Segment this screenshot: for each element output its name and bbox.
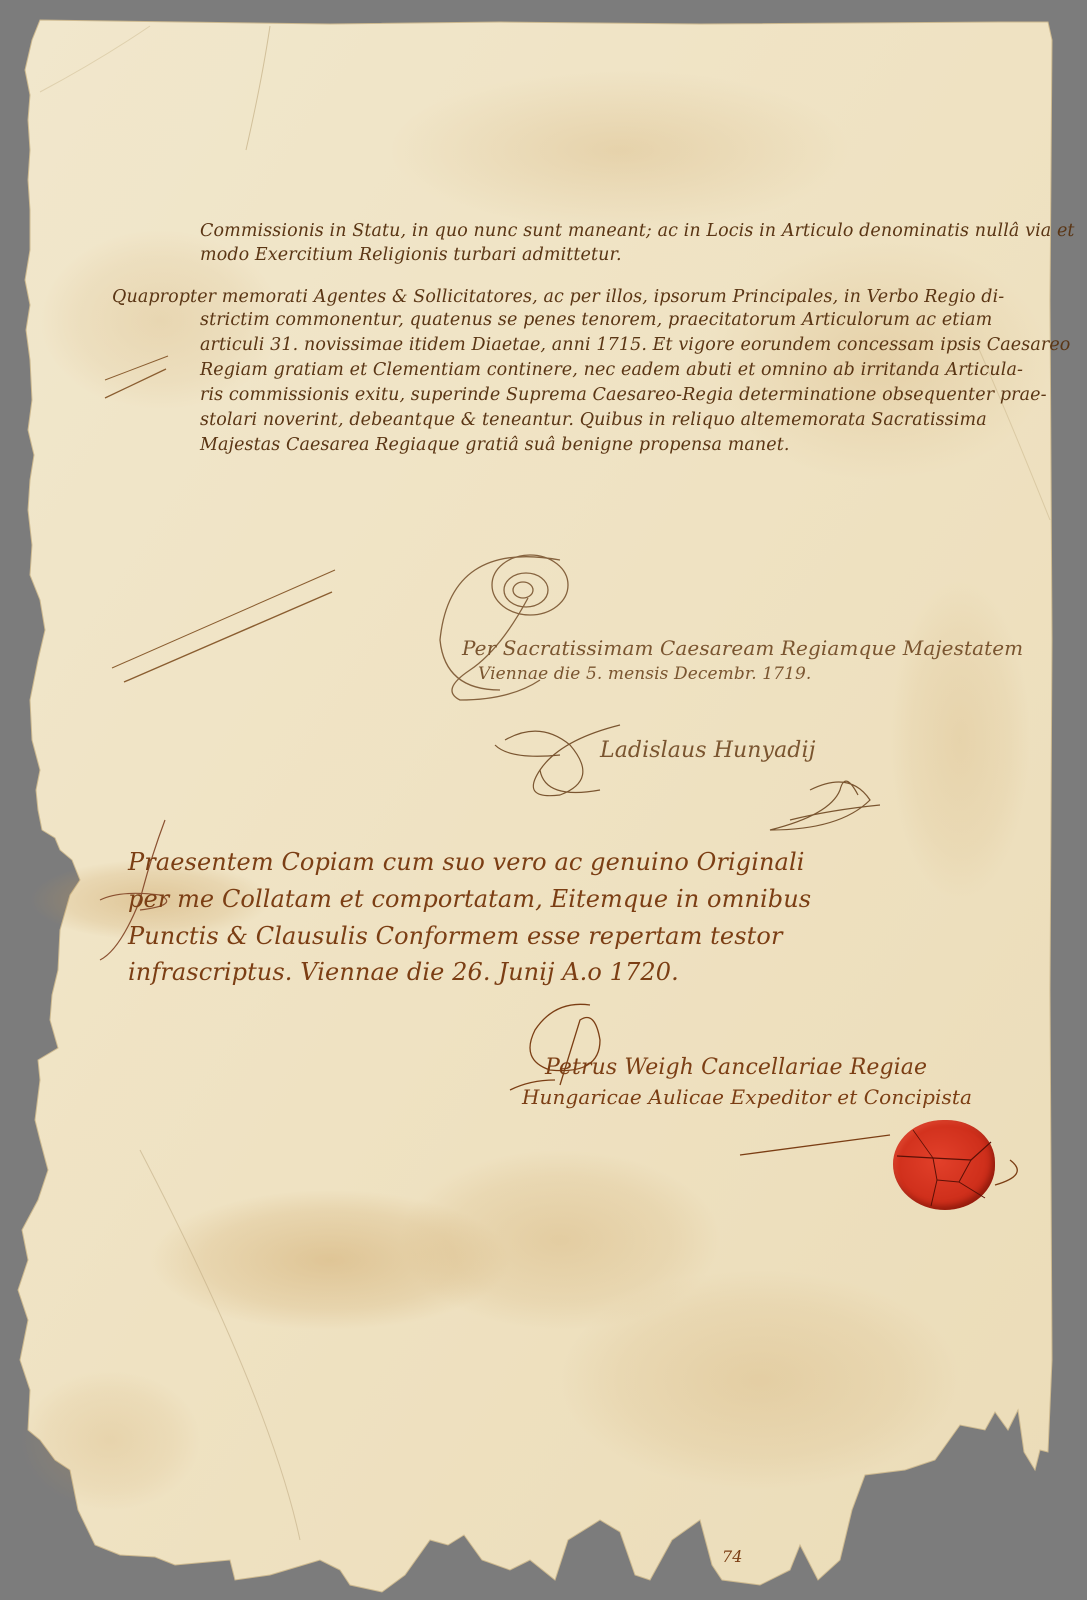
body-line: Majestas Caesarea Regiaque gratiâ suâ be… (200, 434, 790, 457)
subscription-date: Viennae die 5. mensis Decembr. 1719. (478, 664, 811, 684)
signature-hunyadi: Ladislaus Hunyadij (600, 738, 816, 763)
body-line: strictim commonentur, quatenus se penes … (200, 309, 992, 332)
body-line: Quapropter memorati Agentes & Sollicitat… (112, 286, 1004, 309)
certification-line: Praesentem Copiam cum suo vero ac genuin… (128, 848, 805, 876)
certification-line: per me Collatam et comportatam, Eitemque… (128, 885, 811, 913)
seal-crack-icon (893, 1120, 995, 1210)
subscription-line: Per Sacratissimam Caesaream Regiamque Ma… (462, 636, 1023, 660)
certification-date: infrascriptus. Viennae die 26. Junij A.o… (128, 958, 679, 986)
red-wax-seal (893, 1120, 995, 1210)
certification-line: Punctis & Clausulis Conformem esse reper… (128, 922, 783, 950)
document-page: Commissionis in Statu, in quo nunc sunt … (0, 0, 1087, 1600)
body-line: modo Exercitium Religionis turbari admit… (200, 244, 622, 267)
signature-weigh: Petrus Weigh Cancellariae Regiae (545, 1055, 927, 1080)
body-line: articuli 31. novissimae itidem Diaetae, … (200, 334, 1070, 357)
body-line: stolari noverint, debeantque & teneantur… (200, 409, 987, 432)
margin-note: 74 (722, 1547, 743, 1566)
signature-weigh-title: Hungaricae Aulicae Expeditor et Concipis… (522, 1085, 972, 1109)
body-line: Regiam gratiam et Clementiam continere, … (200, 359, 1023, 382)
body-line: ris commissionis exitu, superinde Suprem… (200, 384, 1047, 407)
body-line: Commissionis in Statu, in quo nunc sunt … (200, 220, 1075, 243)
